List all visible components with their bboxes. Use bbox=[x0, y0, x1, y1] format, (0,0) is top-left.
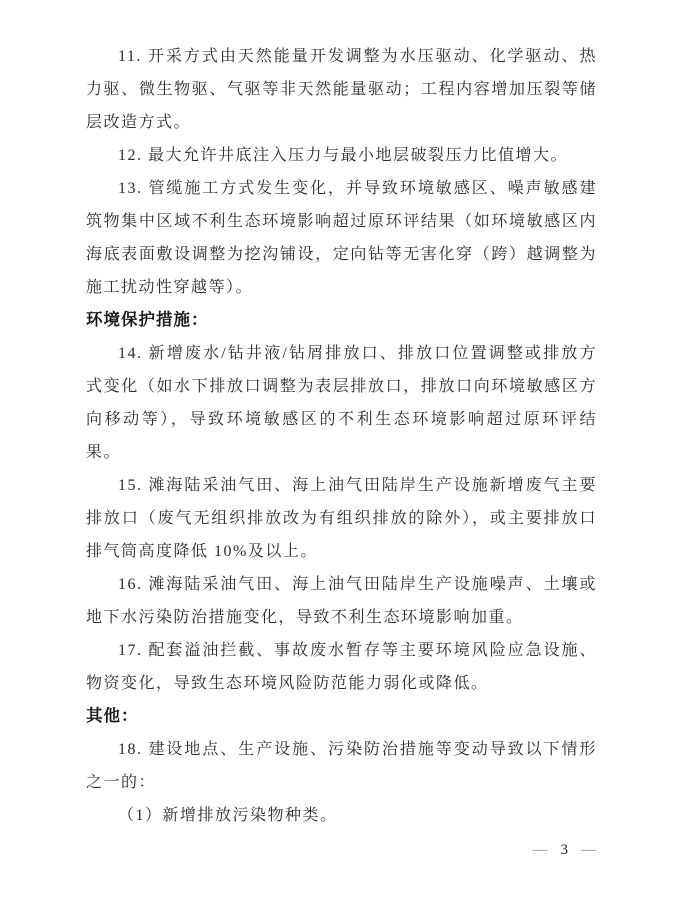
page-body-text: 11. 开采方式由天然能量开发调整为水压驱动、化学驱动、热力驱、微生物驱、气驱等… bbox=[86, 40, 597, 832]
paragraph-item-11: 11. 开采方式由天然能量开发调整为水压驱动、化学驱动、热力驱、微生物驱、气驱等… bbox=[86, 40, 597, 139]
paragraph-item-18: 18. 建设地点、生产设施、污染防治措施等变动导致以下情形之一的： bbox=[86, 733, 597, 799]
footer-dash-left: — bbox=[533, 842, 548, 858]
paragraph-item-14: 14. 新增废水/钻井液/钻屑排放口、排放口位置调整或排放方式变化（如水下排放口… bbox=[86, 337, 597, 469]
document-page: 11. 开采方式由天然能量开发调整为水压驱动、化学驱动、热力驱、微生物驱、气驱等… bbox=[0, 0, 682, 909]
paragraph-item-12: 12. 最大允许井底注入压力与最小地层破裂压力比值增大。 bbox=[86, 139, 597, 172]
section-heading-other: 其他： bbox=[86, 700, 597, 733]
page-footer: —3— bbox=[533, 841, 597, 859]
paragraph-item-15: 15. 滩海陆采油气田、海上油气田陆岸生产设施新增废气主要排放口（废气无组织排放… bbox=[86, 469, 597, 568]
paragraph-subitem-1: （1）新增排放污染物种类。 bbox=[86, 799, 597, 832]
section-heading-environmental-protection: 环境保护措施： bbox=[86, 304, 597, 337]
paragraph-item-17: 17. 配套溢油拦截、事故废水暂存等主要环境风险应急设施、物资变化，导致生态环境… bbox=[86, 634, 597, 700]
paragraph-item-13: 13. 管缆施工方式发生变化，并导致环境敏感区、噪声敏感建筑物集中区域不利生态环… bbox=[86, 172, 597, 304]
paragraph-item-16: 16. 滩海陆采油气田、海上油气田陆岸生产设施噪声、土壤或地下水污染防治措施变化… bbox=[86, 568, 597, 634]
page-number: 3 bbox=[561, 842, 569, 858]
footer-dash-right: — bbox=[581, 842, 596, 858]
